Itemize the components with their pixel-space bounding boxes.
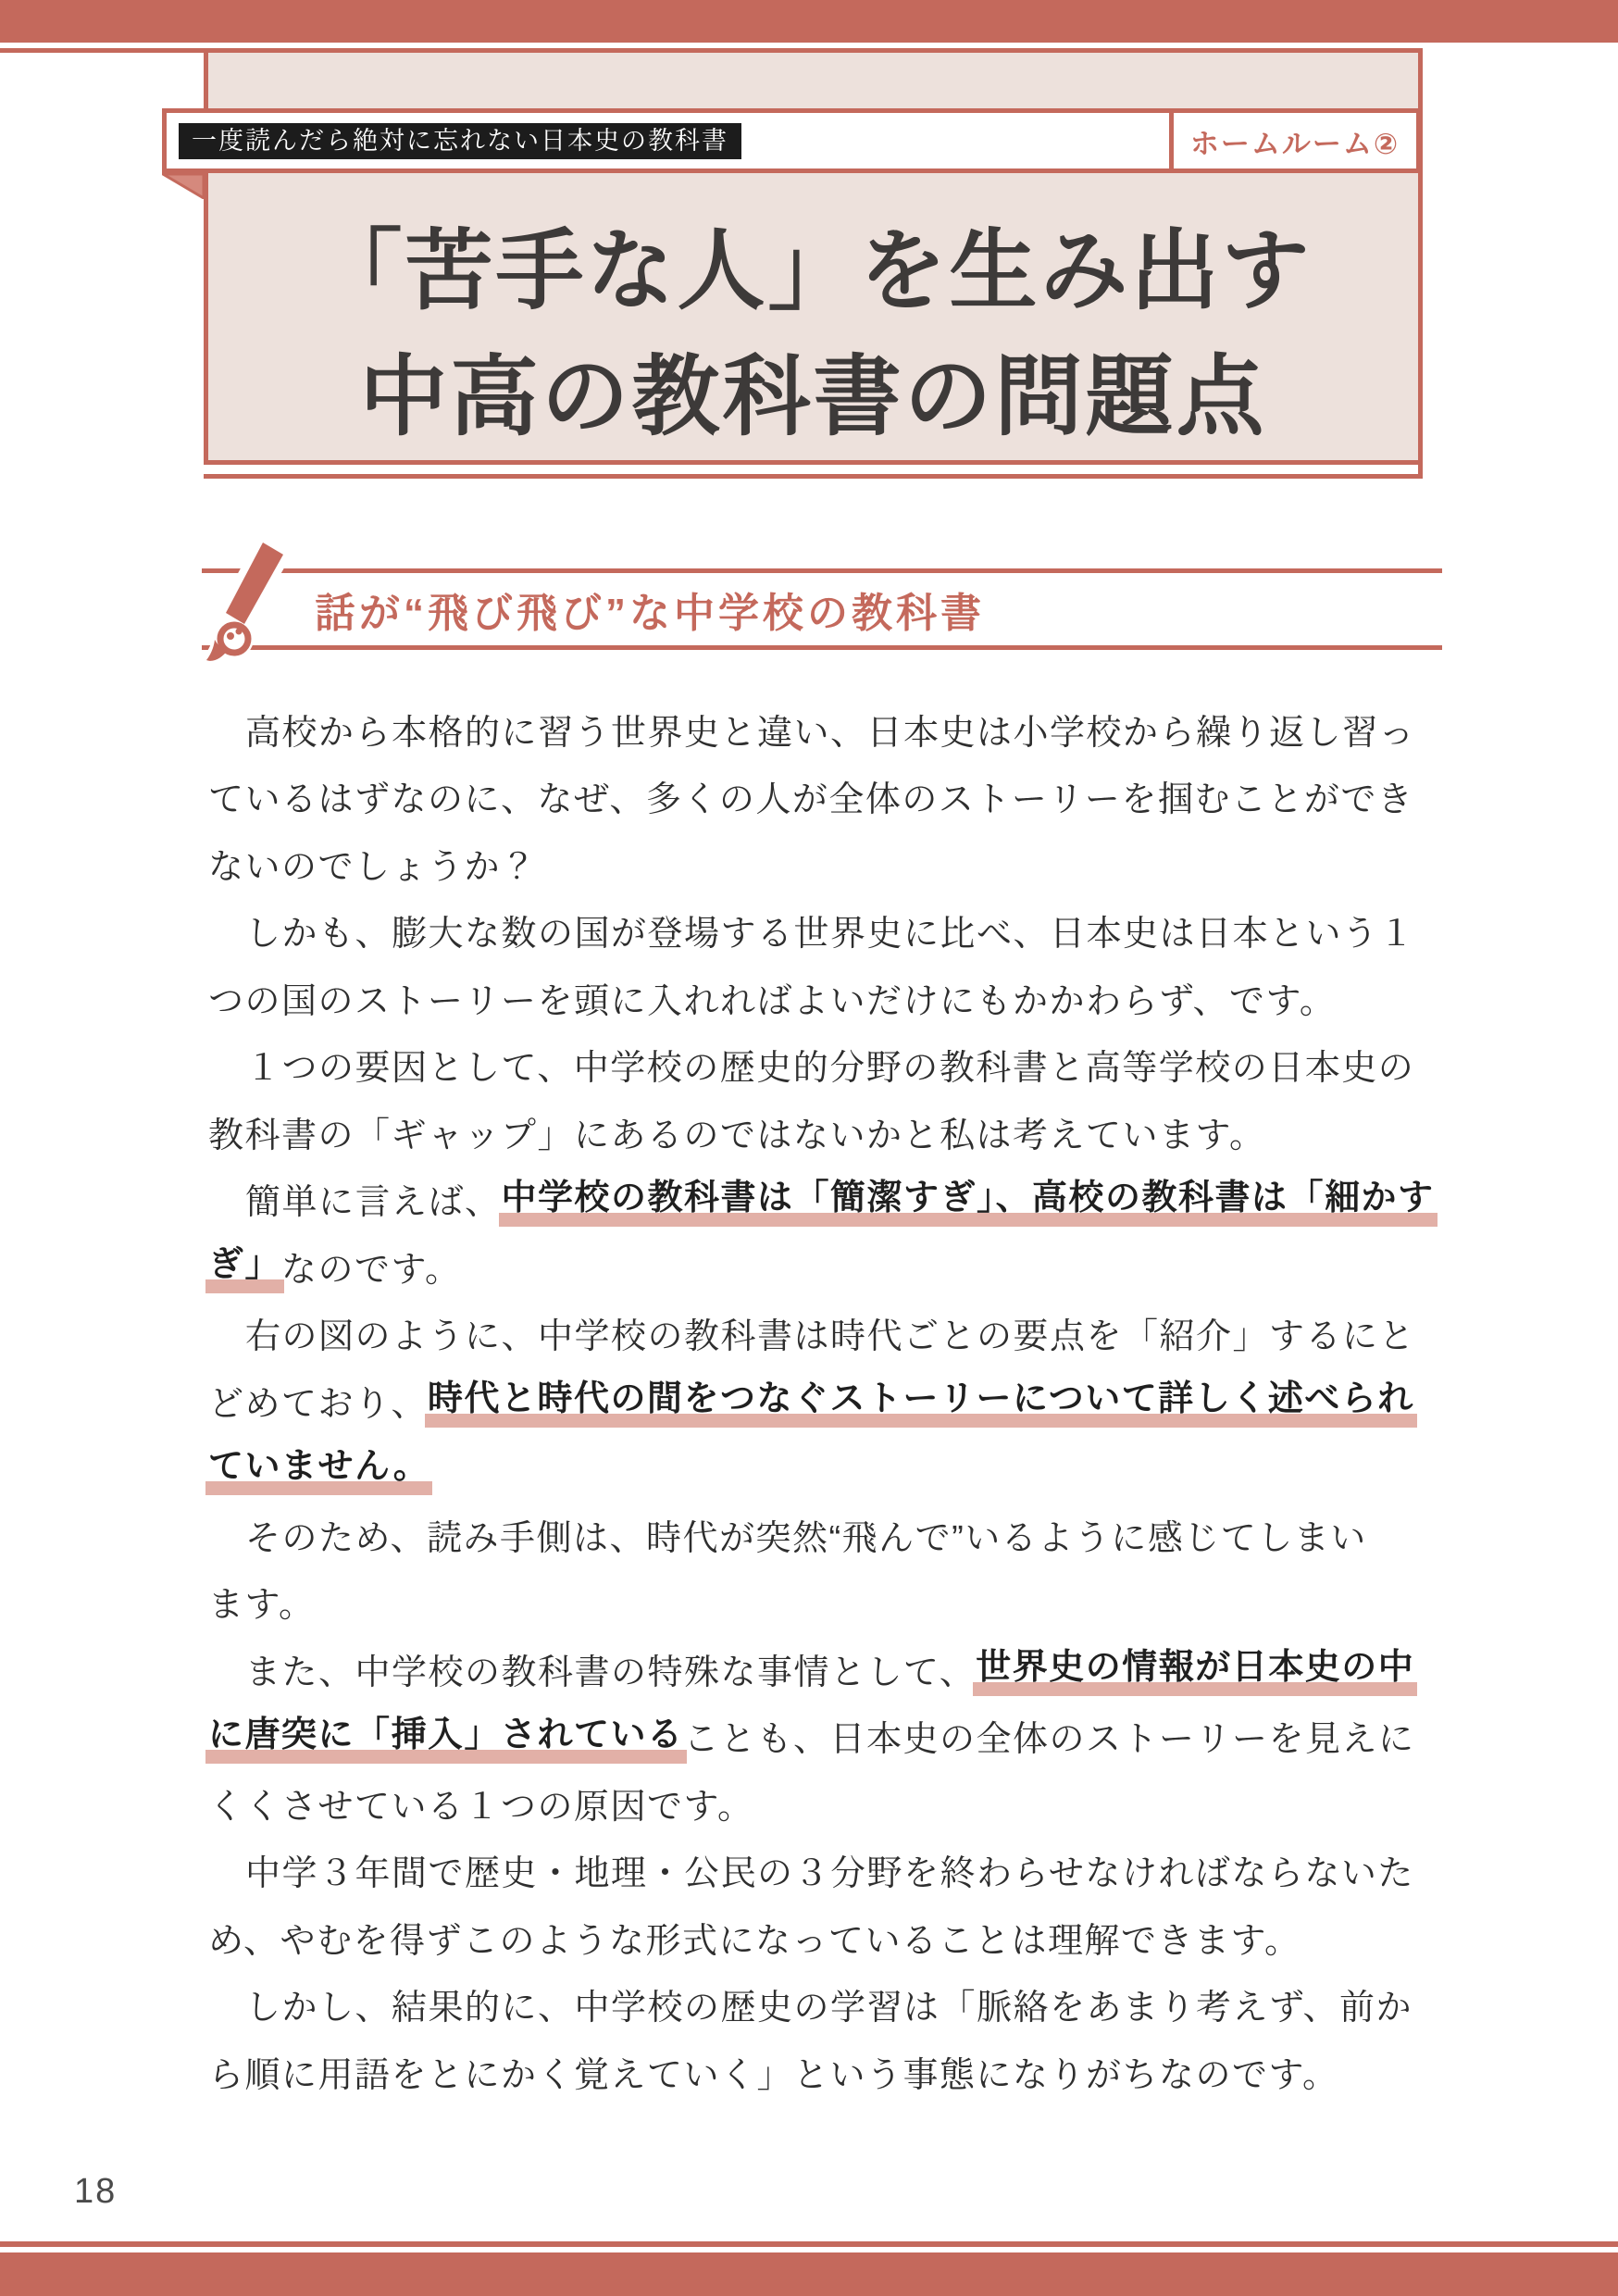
- text-segment: ます。: [208, 1576, 315, 1627]
- body-line: 右の図のように、中学校の教科書は時代ごとの要点を「紹介」するにと: [208, 1300, 1439, 1367]
- book-page: 「苦手な人」を生み出す 中高の教科書の問題点 一度読んだら絶対に忘れない日本史の…: [0, 0, 1618, 2296]
- body-line: ぎ」なのです。: [208, 1232, 1439, 1300]
- body-line: に唐突に「挿入」されていることも、日本史の全体のストーリーを見えに: [208, 1703, 1439, 1770]
- text-segment: 簡単に言えば、: [245, 1173, 502, 1224]
- text-segment: ないのでしょうか？: [208, 838, 538, 889]
- brush-icon: [204, 541, 298, 665]
- highlighted-text-segment: ぎ」: [208, 1244, 281, 1287]
- text-segment: しかし、結果的に、中学校の歴史の学習は「脈絡をあまり考えず、前か: [245, 1978, 1413, 2029]
- page-number: 18: [74, 2172, 117, 2212]
- text-segment: 右の図のように、中学校の教科書は時代ごとの要点を「紹介」するにと: [245, 1307, 1415, 1358]
- text-segment: ら順に用語をとにかく覚えていく」という事態になりがちなのです。: [208, 2046, 1338, 2097]
- title-box-shadow-rule: [204, 474, 1423, 479]
- highlighted-text-segment: に唐突に「挿入」されている: [208, 1715, 684, 1757]
- body-line: ます。: [208, 1568, 1439, 1636]
- bottom-thin-rule: [0, 2241, 1618, 2247]
- body-line: ているはずなのに、なぜ、多くの人が全体のストーリーを掴むことができ: [208, 763, 1439, 830]
- text-segment: そのため、読み手側は、時代が突然“飛んで”いるように感じてしまい: [245, 1509, 1367, 1560]
- text-segment: 教科書の「ギャップ」にあるのではないかと私は考えています。: [208, 1106, 1265, 1157]
- fold-corner-icon: [162, 173, 205, 199]
- text-segment: どめており、: [208, 1375, 428, 1426]
- body-line: 高校から本格的に習う世界史と違い、日本史は小学校から繰り返し習っ: [208, 695, 1439, 763]
- top-thin-rule: [0, 48, 207, 53]
- body-line: つの国のストーリーを頭に入れればよいだけにもかかわらず、です。: [208, 964, 1439, 1031]
- text-segment: しかも、膨大な数の国が登場する世界史に比べ、日本史は日本という１: [245, 905, 1415, 955]
- body-line: ないのでしょうか？: [208, 830, 1439, 897]
- body-line: 簡単に言えば、中学校の教科書は「簡潔すぎ」、高校の教科書は「細かす: [208, 1166, 1439, 1233]
- text-segment: なのです。: [281, 1241, 461, 1291]
- body-line: め、やむを得ずこのような形式になっていることは理解できます。: [208, 1903, 1439, 1971]
- body-line: 中学３年間で歴史・地理・公民の３分野を終わらせなければならないた: [208, 1837, 1439, 1904]
- header-band: 一度読んだら絶対に忘れない日本史の教科書 ホームルーム②: [162, 108, 1421, 173]
- body-line: しかし、結果的に、中学校の歴史の学習は「脈絡をあまり考えず、前か: [208, 1971, 1439, 2039]
- highlighted-text-segment: 時代と時代の間をつなぐストーリーについて詳しく述べられ: [428, 1379, 1414, 1421]
- text-segment: 中学３年間で歴史・地理・公民の３分野を終わらせなければならないた: [245, 1844, 1414, 1895]
- highlighted-text-segment: 世界史の情報が日本史の中: [976, 1647, 1414, 1690]
- section-heading: 話が“飛び飛び”な中学校の教科書: [315, 568, 985, 650]
- text-segment: ているはずなのに、なぜ、多くの人が全体のストーリーを掴むことができ: [208, 770, 1413, 821]
- body-line: １つの要因として、中学校の歴史的分野の教科書と高等学校の日本史の: [208, 1031, 1439, 1099]
- text-segment: また、中学校の教科書の特殊な事情として、: [245, 1643, 976, 1694]
- highlighted-text-segment: ていません。: [208, 1446, 429, 1489]
- text-segment: つの国のストーリーを頭に入れればよいだけにもかかわらず、です。: [208, 972, 1336, 1023]
- text-segment: め、やむを得ずこのような形式になっていることは理解できます。: [208, 1912, 1301, 1963]
- body-line: また、中学校の教科書の特殊な事情として、世界史の情報が日本史の中: [208, 1635, 1439, 1703]
- text-segment: ことも、日本史の全体のストーリーを見えに: [684, 1710, 1415, 1761]
- highlighted-text-segment: 中学校の教科書は「簡潔すぎ」、高校の教科書は「細かす: [502, 1178, 1435, 1220]
- title-box-shadow-rule-connector: [1418, 465, 1423, 479]
- text-segment: くくさせている１つの原因です。: [208, 1778, 753, 1828]
- body-line: どめており、時代と時代の間をつなぐストーリーについて詳しく述べられ: [208, 1366, 1439, 1434]
- body-line: ていません。: [208, 1434, 1439, 1502]
- body-line: そのため、読み手側は、時代が突然“飛んで”いるように感じてしまい: [208, 1501, 1439, 1568]
- chapter-title-line1: 「苦手な人」を生み出す: [208, 201, 1418, 327]
- homeroom-badge: ホームルーム②: [1174, 113, 1416, 168]
- body-line: くくさせている１つの原因です。: [208, 1769, 1439, 1837]
- bottom-color-bar: [0, 2252, 1618, 2296]
- body-line: しかも、膨大な数の国が登場する世界史に比べ、日本史は日本という１: [208, 897, 1439, 965]
- top-color-bar: [0, 0, 1618, 43]
- text-segment: １つの要因として、中学校の歴史的分野の教科書と高等学校の日本史の: [245, 1039, 1414, 1090]
- series-title-label: 一度読んだら絶対に忘れない日本史の教科書: [179, 123, 741, 159]
- chapter-title-line2: 中高の教科書の問題点: [208, 327, 1418, 453]
- body-line: ら順に用語をとにかく覚えていく」という事態になりがちなのです。: [208, 2038, 1439, 2105]
- body-line: 教科書の「ギャップ」にあるのではないかと私は考えています。: [208, 1098, 1439, 1166]
- text-segment: 高校から本格的に習う世界史と違い、日本史は小学校から繰り返し習っ: [245, 704, 1415, 755]
- body-text: 高校から本格的に習う世界史と違い、日本史は小学校から繰り返し習っているはずなのに…: [208, 695, 1439, 2105]
